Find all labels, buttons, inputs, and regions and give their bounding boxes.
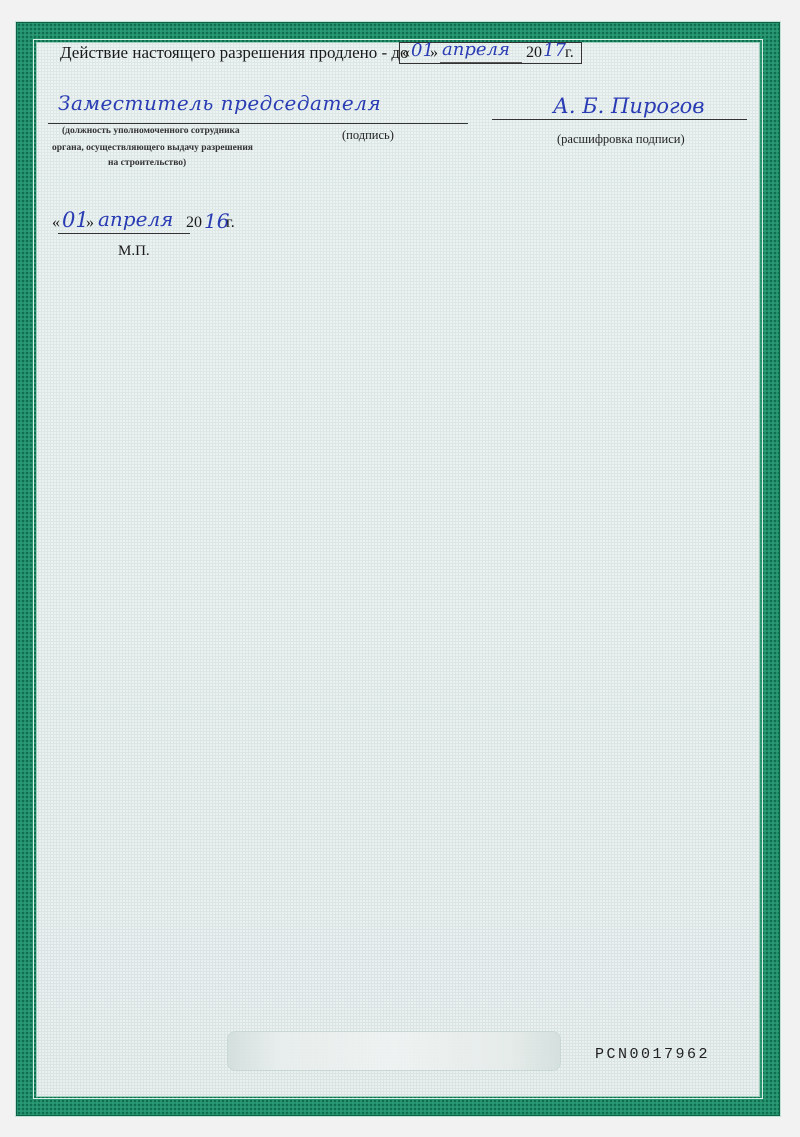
position-line bbox=[48, 123, 468, 124]
extension-year-suffix: 17 bbox=[543, 40, 566, 61]
signer-name-handwritten: А. Б. Пирогов bbox=[553, 94, 704, 118]
position-handwritten: Заместитель председателя bbox=[58, 91, 381, 115]
extension-date-open-quote: « bbox=[402, 44, 410, 62]
extension-label: Действие настоящего разрешения продлено … bbox=[60, 43, 409, 63]
sign-date-month: апреля bbox=[98, 207, 173, 231]
sign-date-close-quote: » bbox=[86, 214, 94, 232]
seal-label: М.П. bbox=[118, 243, 150, 260]
sign-date-underline bbox=[58, 233, 190, 234]
position-caption-line-2: органа, осуществляющего выдачу разрешени… bbox=[52, 143, 253, 153]
serial-number: PCN0017962 bbox=[595, 1046, 710, 1063]
signer-name-caption: (расшифровка подписи) bbox=[557, 132, 685, 147]
extension-year-prefix: 20 bbox=[526, 44, 542, 62]
sign-date-year-unit: г. bbox=[226, 214, 235, 232]
extension-date-close-quote: » bbox=[430, 44, 438, 62]
hologram-strip bbox=[228, 1032, 560, 1070]
sign-date-day: 01 bbox=[62, 208, 89, 232]
document-paper bbox=[36, 42, 760, 1097]
extension-month-underline bbox=[440, 62, 522, 63]
signer-name-line bbox=[492, 119, 747, 120]
extension-date-month: апреля bbox=[442, 39, 510, 60]
position-caption-line-1: (должность уполномоченного сотрудника bbox=[62, 126, 240, 136]
extension-year-unit: г. bbox=[565, 44, 574, 62]
sign-date-year-prefix: 20 bbox=[186, 214, 202, 232]
sign-date-open-quote: « bbox=[52, 214, 60, 232]
